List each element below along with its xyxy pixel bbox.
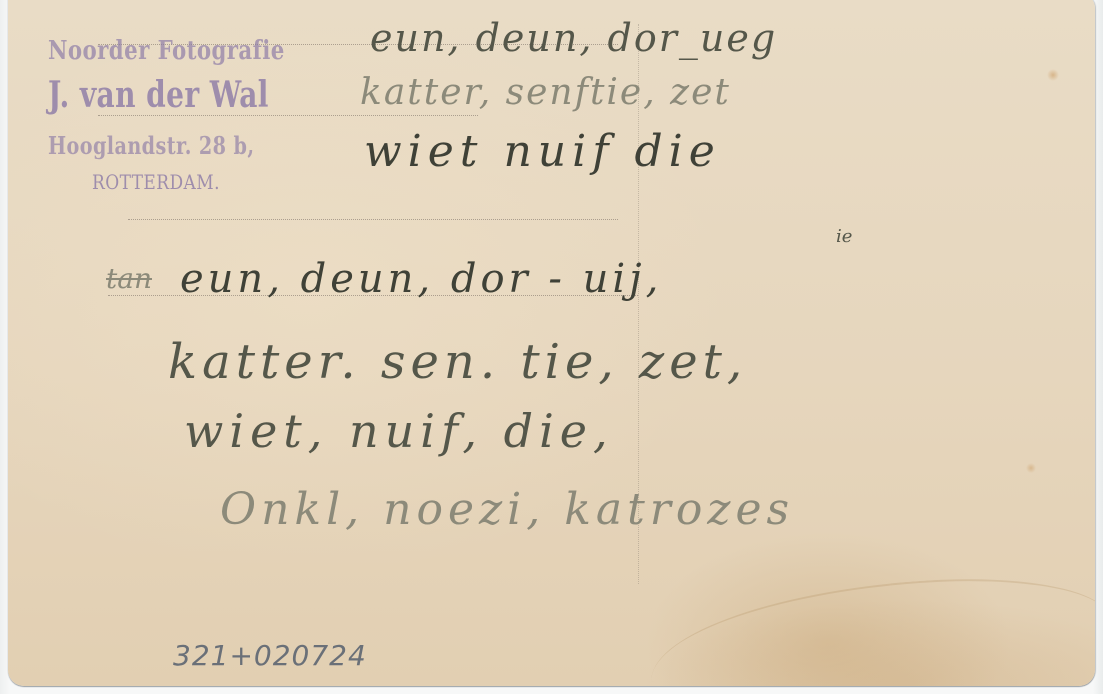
handwriting-top-line-3: wiet nuif die: [364, 126, 721, 177]
postcard: Noorder Fotografie J. van der Wal Hoogla…: [8, 0, 1095, 686]
stamp-line-city: ROTTERDAM.: [92, 170, 347, 194]
handwriting-main-line-3: wiet, nuif, die,: [184, 404, 614, 458]
catalog-number: 321+020724: [173, 639, 367, 672]
handwriting-top-line-2: katter, senftie, zet: [360, 72, 731, 113]
stamp-line-studio: Noorder Fotografie: [48, 36, 294, 66]
stamp-line-name: J. van der Wal: [48, 74, 329, 116]
handwriting-main-line-4: Onkl, noezi, katrozes: [220, 484, 794, 535]
handwriting-top-line-1: eun, deun, dor_ueg: [370, 16, 777, 60]
handwriting-superscript: ie: [836, 226, 852, 247]
handwriting-struck-word: tan: [106, 262, 152, 295]
stamp-line-address: Hooglandstr. 28 b,: [48, 131, 336, 160]
handwriting-main-line-1: eun, deun, dor - uij,: [180, 256, 662, 302]
scan-background: Noorder Fotografie J. van der Wal Hoogla…: [0, 0, 1103, 694]
dotted-guide-line: [128, 219, 618, 220]
handwriting-main-line-2: katter. sen. tie, zet,: [168, 334, 747, 390]
water-stain: [646, 568, 1095, 682]
